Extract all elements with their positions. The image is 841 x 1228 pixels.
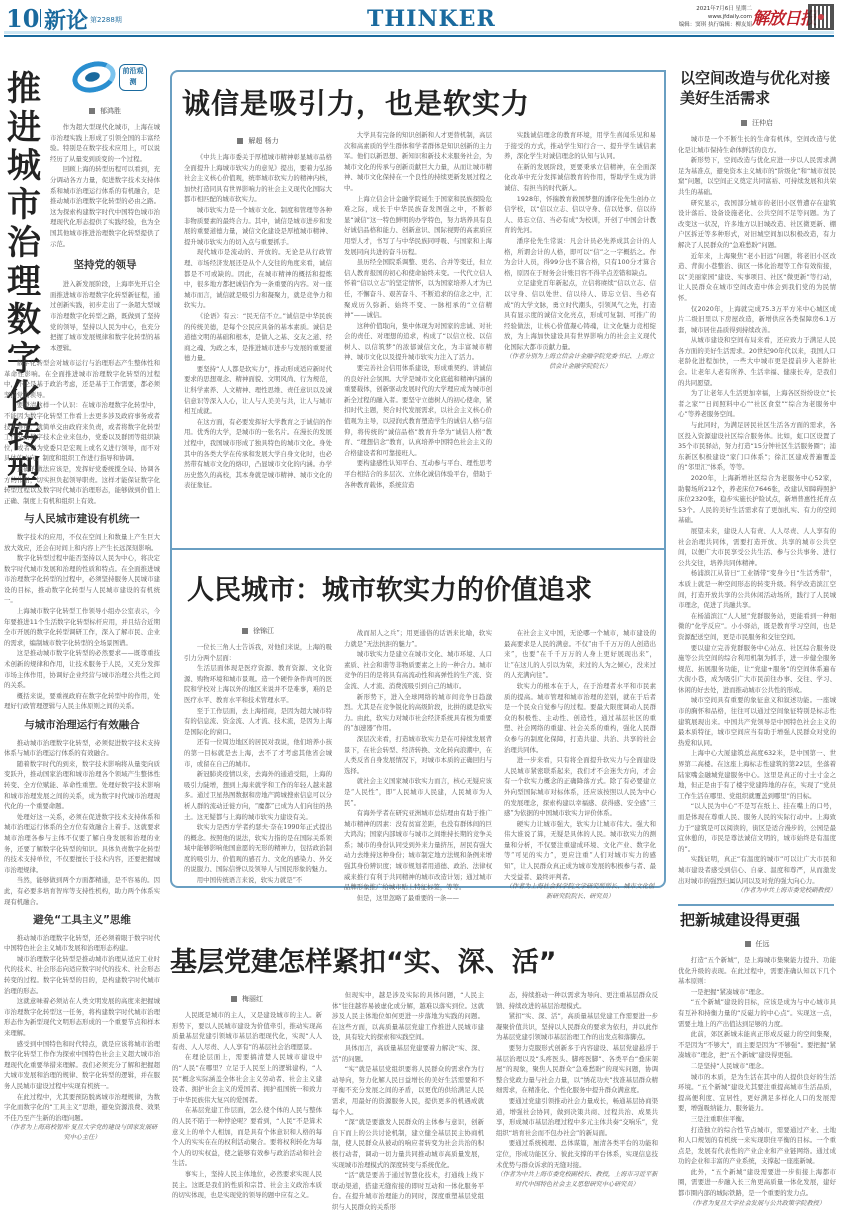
author-note: （作者为上海高校智库·复旦大学党的建设与国家发展研究中心主任） — [4, 1123, 160, 1143]
english-title: THINKER — [367, 6, 496, 32]
editors: 编辑：窦琪 执行编辑：柳友娟 — [652, 21, 752, 29]
section-heading: 与城市治理运行有效融合 — [4, 720, 160, 731]
center-bottom-title: 基层党建怎样紧扣“实、深、活” — [170, 940, 670, 979]
section-heading: 坚持党的领导 — [50, 257, 160, 272]
center-bottom-column-1: 梅丽红 人民既是城市的主人，又是建设城市的主人。新形势下，要以人民城市建设为价值… — [172, 988, 322, 1201]
badge-label: 前沿观测 — [119, 64, 147, 91]
section-heading: 与人民城市建设有机统一 — [4, 514, 160, 525]
byline: 任远 — [678, 939, 836, 949]
center-top-article: 诚信是吸引力，也是软实力 解超 杨力 《中共上海市委关于厚植城市精神彰显城市品格… — [170, 70, 666, 550]
frontier-badge: 前沿观测 — [72, 58, 152, 98]
right-top-title: 以空间改造与优化对接美好生活需求 — [680, 68, 830, 108]
byline: 解超 杨力 — [184, 136, 332, 146]
byline: 汪仲启 — [678, 118, 836, 128]
issue-number: 第2288期 — [90, 15, 122, 25]
header-meta: 2021年7月6日 星期二 www.jfdaily.com 编辑：窦琪 执行编辑… — [652, 5, 752, 29]
right-bottom-body: 任远 打造“五个新城”，是上海城市集聚能力提升、功能优化升级的表现。在此过程中，… — [678, 933, 836, 1209]
author-note: （作者为中共上海市委党校副教授） — [678, 886, 836, 896]
header-rule — [4, 35, 834, 37]
right-divider — [678, 904, 834, 906]
center-bottom-column-2: 但现实中，越是涉及实际的具体问题，“人民主体”往往越容易被虚化或分解，越难以落实… — [332, 990, 484, 1212]
header-separator — [40, 9, 41, 27]
author-note: （作者为复旦大学社会发展与公共政策学院教授） — [678, 1199, 836, 1209]
newspaper-logo: 解放日报 — [752, 4, 816, 29]
header-rule-light — [4, 31, 834, 34]
left-article-body-wide: 数字化转型会对城市运行与治理形态产生整体性和革命性影响。在全面推进城市治理数字化… — [4, 358, 160, 1143]
author-note: （作者分别为上海立信会计金融学院党委书记、上海立信会计金融学院院长） — [504, 352, 656, 372]
author-note: （作者为上海社会科学院文学研究所所长、城市文化创新研究院院长、研究员） — [504, 882, 656, 902]
article-title: 人民城市：城市软实力的价值追求 — [187, 568, 592, 607]
right-top-body: 汪仲启 城市是一个不断生长的生命有机体，空间改造与优化是让城市保持生命体鲜活的良… — [678, 112, 836, 896]
center-middle-article: 人民城市：城市软实力的价值追求 徐锦江 一位长三角人士告诉我，对他们来说，上海的… — [170, 548, 666, 888]
website-link[interactable]: www.jfdaily.com — [652, 13, 752, 21]
article-column-3: 实践诚信理念的教育环境，用学生喜闻乐见和易于接受的方式，推动学生知行合一、提升学… — [504, 130, 656, 372]
qr-code-icon[interactable] — [808, 4, 834, 30]
page-number: 10 — [6, 4, 39, 33]
article-column-1: 解超 杨力 《中共上海市委关于厚植城市精神彰显城市品格全面提升上海城市软实力的意… — [184, 130, 332, 491]
article-column-2: 战而屈人之兵”；用更通俗的话语来比喻，软实力就是“无法抗拒的魅力”。 城市软实力… — [344, 628, 492, 903]
intro: 作为超大型现代化城市，上海在城市治理实践上形成了引领全国的丰富经验。特别是在数字… — [50, 122, 160, 249]
center-bottom-column-3: 态，持续推动一种以需求为导向、更注重基层群众反馈、持续改进的基层治理模式。 紧扣… — [496, 990, 658, 1190]
left-article-body: 郁鸿胜 作为超大型现代化城市，上海在城市治理实践上形成了引领全国的丰富经验。特别… — [50, 100, 160, 353]
byline: 郁鸿胜 — [50, 106, 160, 116]
issue-date: 2021年7月6日 星期二 — [652, 5, 752, 13]
right-bottom-title: 把新城建设得更强 — [680, 910, 830, 930]
byline: 徐锦江 — [184, 626, 332, 636]
section-heading: 避免“工具主义”思维 — [4, 915, 160, 926]
article-column-3: 在社会主义中国，无论哪一个城市，城市建设的最高要求是人民的满意。不仅“由千千万万… — [504, 628, 656, 902]
author-note: （作者为中共上海市委党校副校长、教授，上海市习近平新时代中国特色社会主义思想研究… — [496, 1170, 658, 1190]
article-column-2: 大学具有完备的知识创新和人才更替机制，高层次和高素质的学生群体和学者群体是知识创… — [344, 130, 492, 490]
byline: 梅丽红 — [172, 994, 322, 1004]
article-column-1: 徐锦江 一位长三角人士告诉我，对他们来说，上海的吸引力分两个层面： 生活层面体现… — [184, 620, 332, 886]
swirl-logo-icon — [69, 57, 119, 97]
article-title: 诚信是吸引力，也是软实力 — [182, 82, 530, 122]
